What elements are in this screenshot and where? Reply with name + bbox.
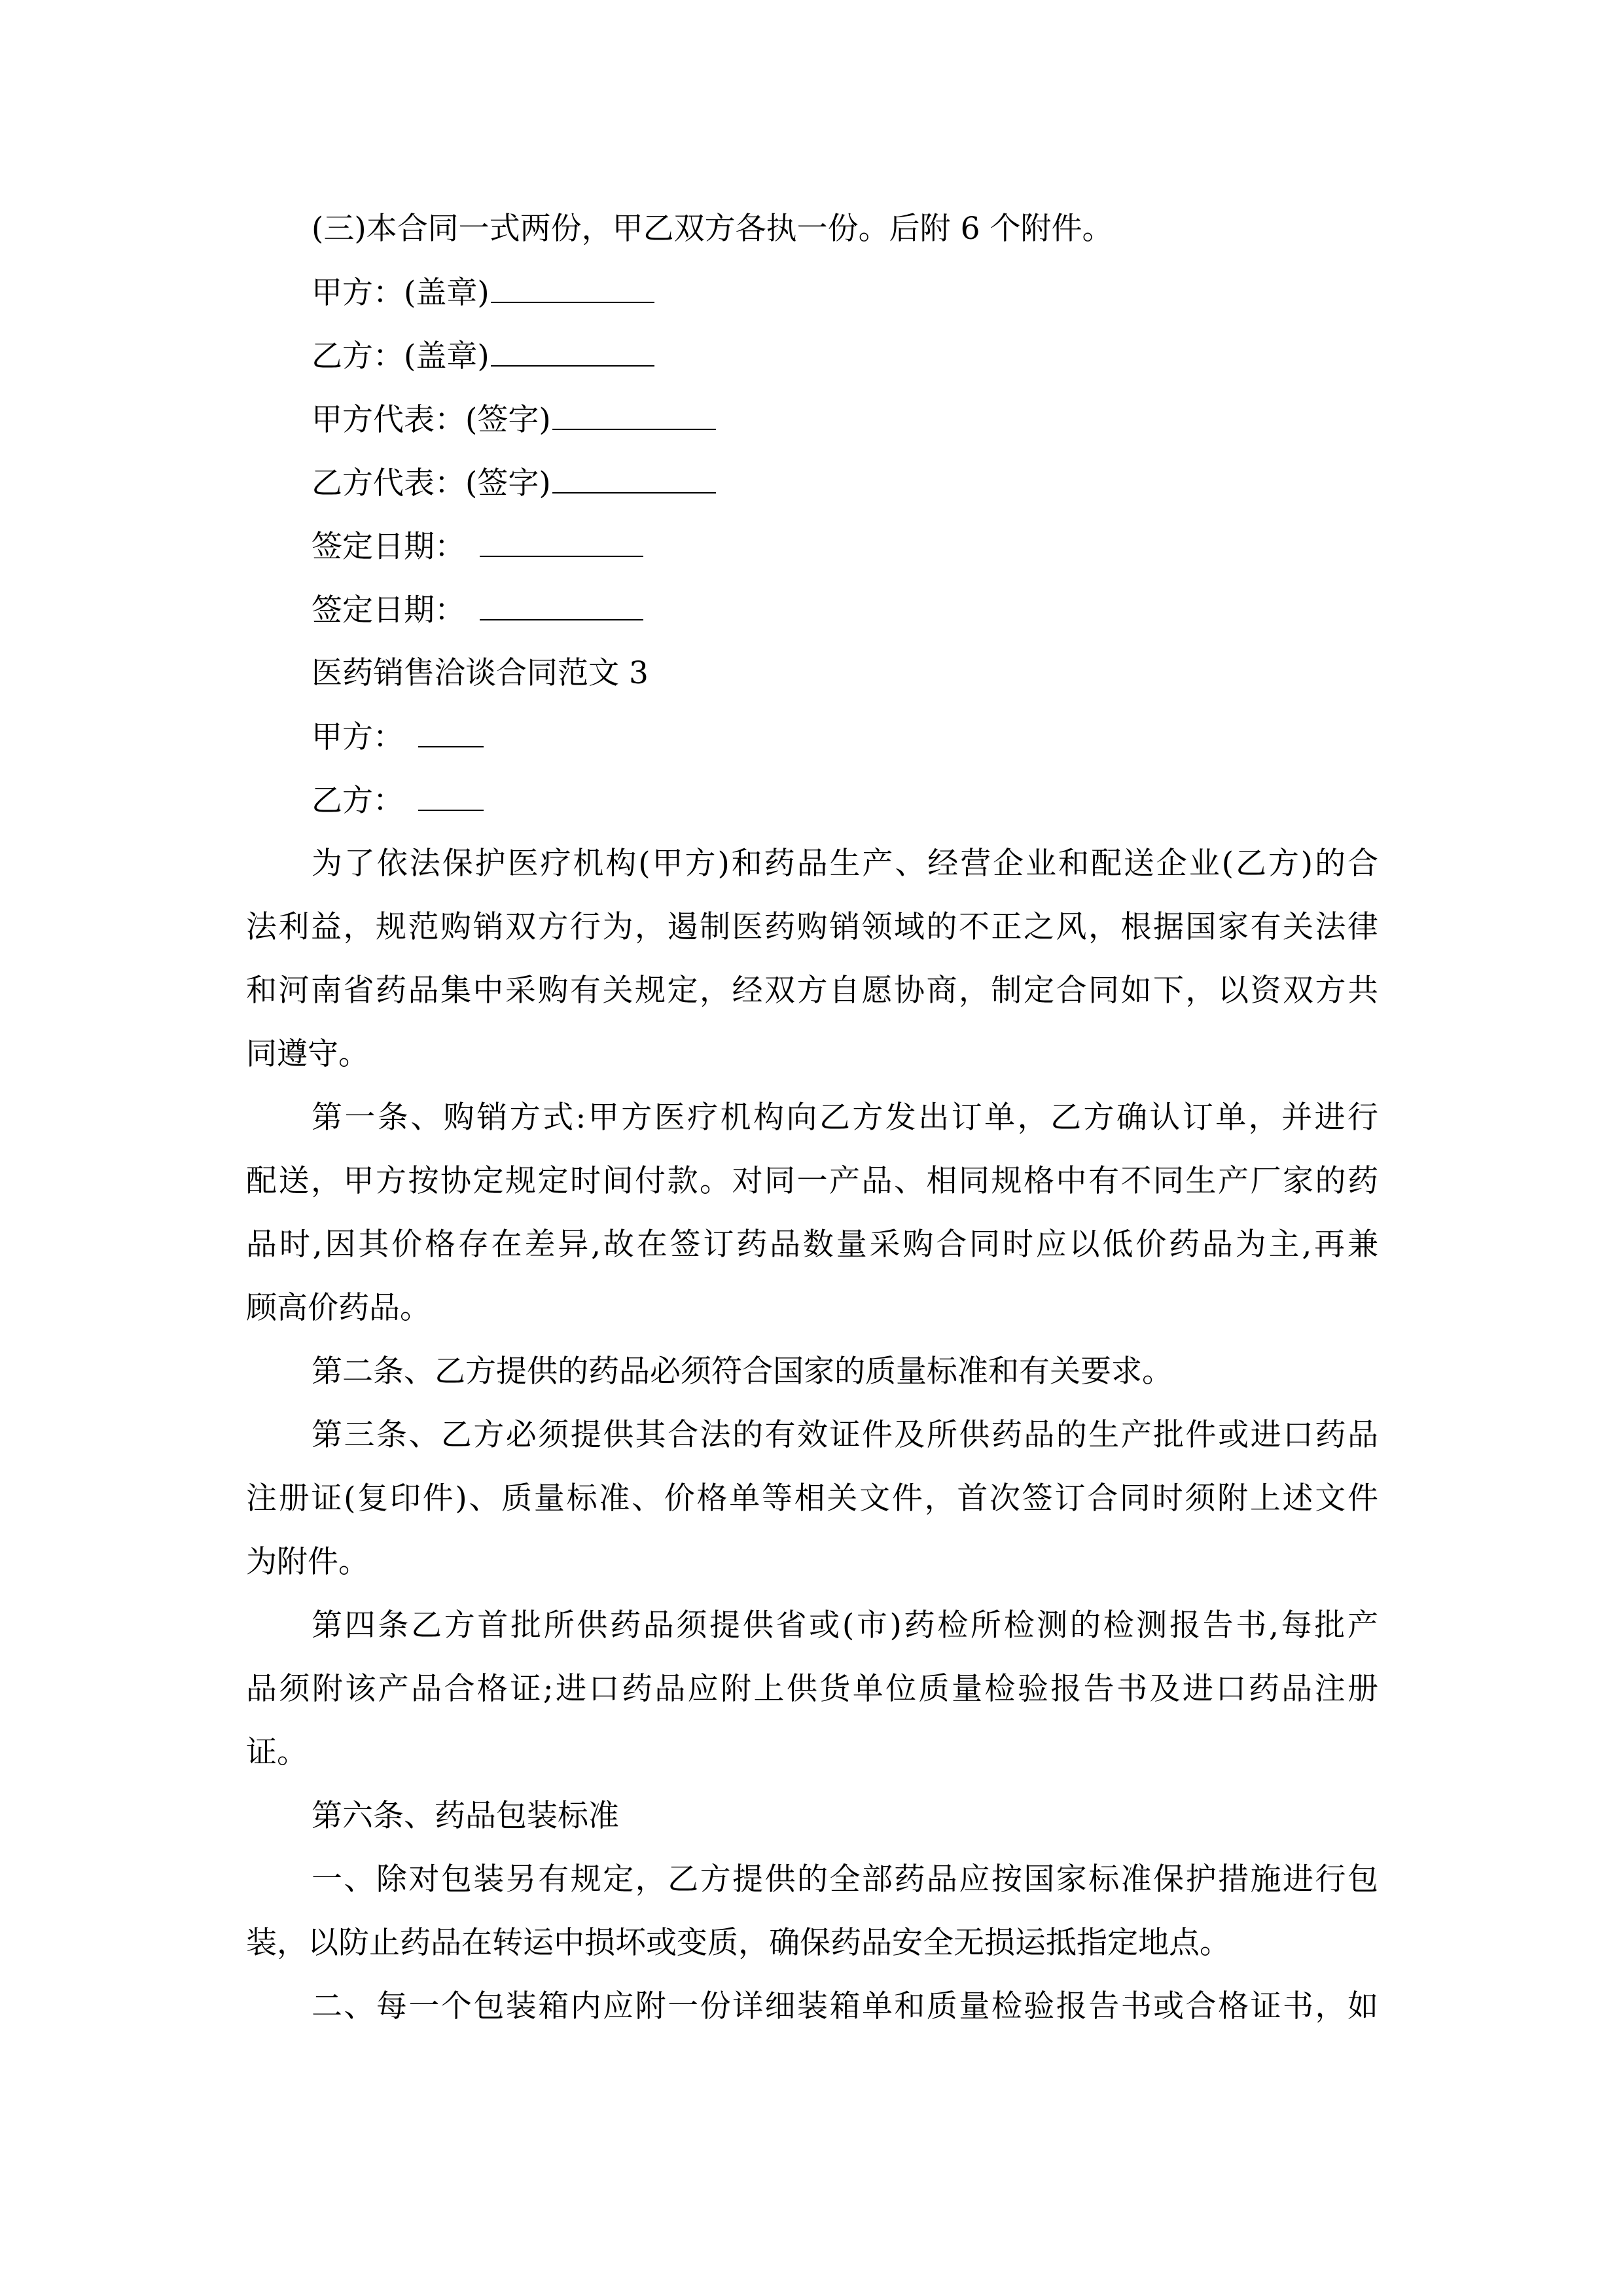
article-3-line-1: 第三条、乙方必须提供其合法的有效证件及所供药品的生产批件或进口药品: [312, 1416, 1378, 1455]
sign-date-line: 签定日期：: [312, 527, 1444, 566]
line-label: 乙方代表：(签字): [312, 465, 551, 501]
article-2-line-1: 第二条、乙方提供的药品必须符合国家的质量标准和有关要求。: [312, 1352, 1444, 1391]
line-label: 甲方代表：(签字): [312, 402, 551, 438]
party-a-rep-line: 甲方代表：(签字): [312, 400, 1444, 439]
article-4-line-3: 证。: [246, 1733, 1378, 1772]
party-a-line: 甲方：: [312, 717, 1444, 757]
article-6-title: 第六条、药品包装标准: [312, 1797, 1444, 1836]
date-blank[interactable]: [480, 527, 643, 557]
sign-date-line: 签定日期：: [312, 590, 1444, 630]
date-blank[interactable]: [480, 590, 643, 620]
article-6-item-2-line-1: 二、每一个包装箱内应附一份详细装箱单和质量检验报告书或合格证书，如: [312, 1987, 1378, 2026]
article-1-line-2: 配送，甲方按协定规定时间付款。对同一产品、相同规格中有不同生产厂家的药: [246, 1162, 1378, 1201]
line-label: 乙方：: [312, 783, 404, 819]
signature-blank[interactable]: [552, 400, 716, 430]
preamble-line-3: 和河南省药品集中采购有关规定，经双方自愿协商，制定合同如下，以资双方共: [246, 971, 1378, 1011]
name-blank[interactable]: [418, 717, 484, 747]
party-b-line: 乙方：: [312, 781, 1444, 820]
clause-copies-line: (三)本合同一式两份，甲乙双方各执一份。后附 6 个附件。: [312, 209, 1444, 249]
party-b-rep-line: 乙方代表：(签字): [312, 463, 1444, 503]
signature-blank[interactable]: [552, 463, 716, 493]
line-label: 乙方：(盖章): [312, 338, 490, 374]
line-label: 甲方：: [312, 719, 404, 755]
article-6-item-1-line-2: 装，以防止药品在转运中损坏或变质，确保药品安全无损运抵指定地点。: [246, 1924, 1378, 1963]
article-6-item-1-line-1: 一、除对包装另有规定，乙方提供的全部药品应按国家标准保护措施进行包: [312, 1860, 1378, 1899]
article-1-line-3: 品时,因其价格存在差异,故在签订药品数量采购合同时应以低价药品为主,再兼: [246, 1225, 1378, 1265]
article-3-line-2: 注册证(复印件)、质量标准、价格单等相关文件，首次签订合同时须附上述文件: [246, 1479, 1378, 1518]
article-3-line-3: 为附件。: [246, 1543, 1378, 1582]
preamble-line-4: 同遵守。: [246, 1035, 1378, 1074]
name-blank[interactable]: [418, 781, 484, 811]
line-label: 签定日期：: [312, 592, 465, 628]
article-1-line-4: 顾高价药品。: [246, 1289, 1378, 1328]
line-label: 签定日期：: [312, 529, 465, 565]
line-text: (三)本合同一式两份，甲乙双方各执一份。后附 6 个附件。: [312, 211, 1113, 247]
preamble-line-1: 为了依法保护医疗机构(甲方)和药品生产、经营企业和配送企业(乙方)的合: [312, 844, 1378, 884]
section-title-text: 医药销售洽谈合同范文 3: [312, 655, 649, 691]
document-page: (三)本合同一式两份，甲乙双方各执一份。后附 6 个附件。 甲方：(盖章) 乙方…: [0, 0, 1623, 2296]
article-1-line-1: 第一条、购销方式:甲方医疗机构向乙方发出订单，乙方确认订单，并进行: [312, 1098, 1378, 1138]
signature-blank[interactable]: [491, 336, 654, 367]
article-4-line-2: 品须附该产品合格证;进口药品应附上供货单位质量检验报告书及进口药品注册: [246, 1670, 1378, 1709]
section-title: 医药销售洽谈合同范文 3: [312, 654, 1444, 693]
party-a-seal-line: 甲方：(盖章): [312, 273, 1444, 312]
party-b-seal-line: 乙方：(盖章): [312, 336, 1444, 376]
line-label: 甲方：(盖章): [312, 275, 490, 311]
signature-blank[interactable]: [491, 273, 654, 303]
preamble-line-2: 法利益，规范购销双方行为，遏制医药购销领域的不正之风，根据国家有关法律: [246, 908, 1378, 947]
article-4-line-1: 第四条乙方首批所供药品须提供省或(市)药检所检测的检测报告书,每批产: [312, 1606, 1378, 1645]
